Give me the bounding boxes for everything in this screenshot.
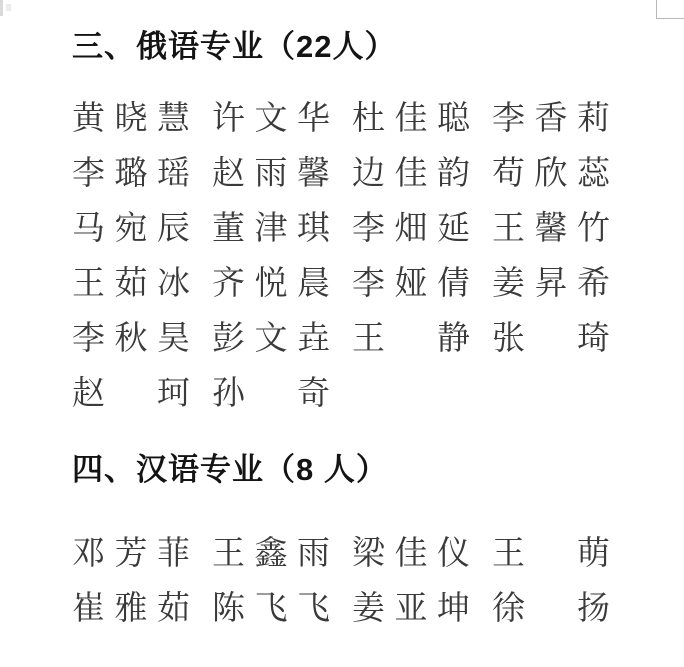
name-row: 黄晓慧许文华杜佳聪李香莉: [72, 92, 632, 147]
name-row: 李璐瑶赵雨馨边佳韵苟欣蕊: [72, 147, 632, 202]
person-name: 李娅倩: [352, 257, 470, 312]
person-name: 马宛辰: [72, 202, 190, 257]
person-name: 张 琦: [492, 312, 610, 367]
person-name: 陈飞飞: [212, 582, 330, 637]
person-name: 齐悦晨: [212, 257, 330, 312]
person-name: 彭文垚: [212, 312, 330, 367]
person-name: 姜昇希: [492, 257, 610, 312]
person-name: 姜亚坤: [352, 582, 470, 637]
scan-artifact-left-edge: [0, 0, 3, 16]
person-name: 黄晓慧: [72, 92, 190, 147]
name-row: 李秋昊彭文垚王 静张 琦: [72, 312, 632, 367]
section: 四、汉语专业（8 人）邓芳菲王鑫雨梁佳仪王 萌崔雅茹陈飞飞姜亚坤徐 扬: [72, 449, 632, 637]
scan-artifact-corner-horizontal: [656, 18, 684, 19]
person-name: 王馨竹: [492, 202, 610, 257]
person-name: 孙 奇: [212, 367, 330, 422]
person-name: 梁佳仪: [352, 527, 470, 582]
section: 三、俄语专业（22人）黄晓慧许文华杜佳聪李香莉李璐瑶赵雨馨边佳韵苟欣蕊马宛辰董津…: [72, 26, 632, 422]
person-name: 王 静: [352, 312, 470, 367]
person-name: 边佳韵: [352, 147, 470, 202]
section-heading: 四、汉语专业（8 人）: [72, 449, 632, 491]
document-page: 三、俄语专业（22人）黄晓慧许文华杜佳聪李香莉李璐瑶赵雨馨边佳韵苟欣蕊马宛辰董津…: [0, 0, 684, 667]
person-name: 李畑延: [352, 202, 470, 257]
person-name: 董津琪: [212, 202, 330, 257]
name-list-content: 三、俄语专业（22人）黄晓慧许文华杜佳聪李香莉李璐瑶赵雨馨边佳韵苟欣蕊马宛辰董津…: [72, 26, 632, 637]
person-name: 杜佳聪: [352, 92, 470, 147]
scan-artifact-corner-vertical: [656, 0, 657, 18]
person-name: 苟欣蕊: [492, 147, 610, 202]
person-name: 王茹冰: [72, 257, 190, 312]
person-name: 崔雅茹: [72, 582, 190, 637]
person-name: 赵 珂: [72, 367, 190, 422]
person-name: 李香莉: [492, 92, 610, 147]
name-row: 崔雅茹陈飞飞姜亚坤徐 扬: [72, 582, 632, 637]
person-name: 邓芳菲: [72, 527, 190, 582]
person-name: 王 萌: [492, 527, 610, 582]
person-name: 许文华: [212, 92, 330, 147]
section-name-rows: 邓芳菲王鑫雨梁佳仪王 萌崔雅茹陈飞飞姜亚坤徐 扬: [72, 527, 632, 637]
name-row: 马宛辰董津琪李畑延王馨竹: [72, 202, 632, 257]
section-name-rows: 黄晓慧许文华杜佳聪李香莉李璐瑶赵雨馨边佳韵苟欣蕊马宛辰董津琪李畑延王馨竹王茹冰齐…: [72, 92, 632, 422]
person-name: 李璐瑶: [72, 147, 190, 202]
person-name: 徐 扬: [492, 582, 610, 637]
name-row: 邓芳菲王鑫雨梁佳仪王 萌: [72, 527, 632, 582]
person-name: 赵雨馨: [212, 147, 330, 202]
person-name: 李秋昊: [72, 312, 190, 367]
name-row: 王茹冰齐悦晨李娅倩姜昇希: [72, 257, 632, 312]
scan-artifact-left-mark: [6, 4, 11, 11]
section-heading: 三、俄语专业（22人）: [72, 26, 632, 68]
person-name: 王鑫雨: [212, 527, 330, 582]
name-row: 赵 珂孙 奇: [72, 367, 632, 422]
